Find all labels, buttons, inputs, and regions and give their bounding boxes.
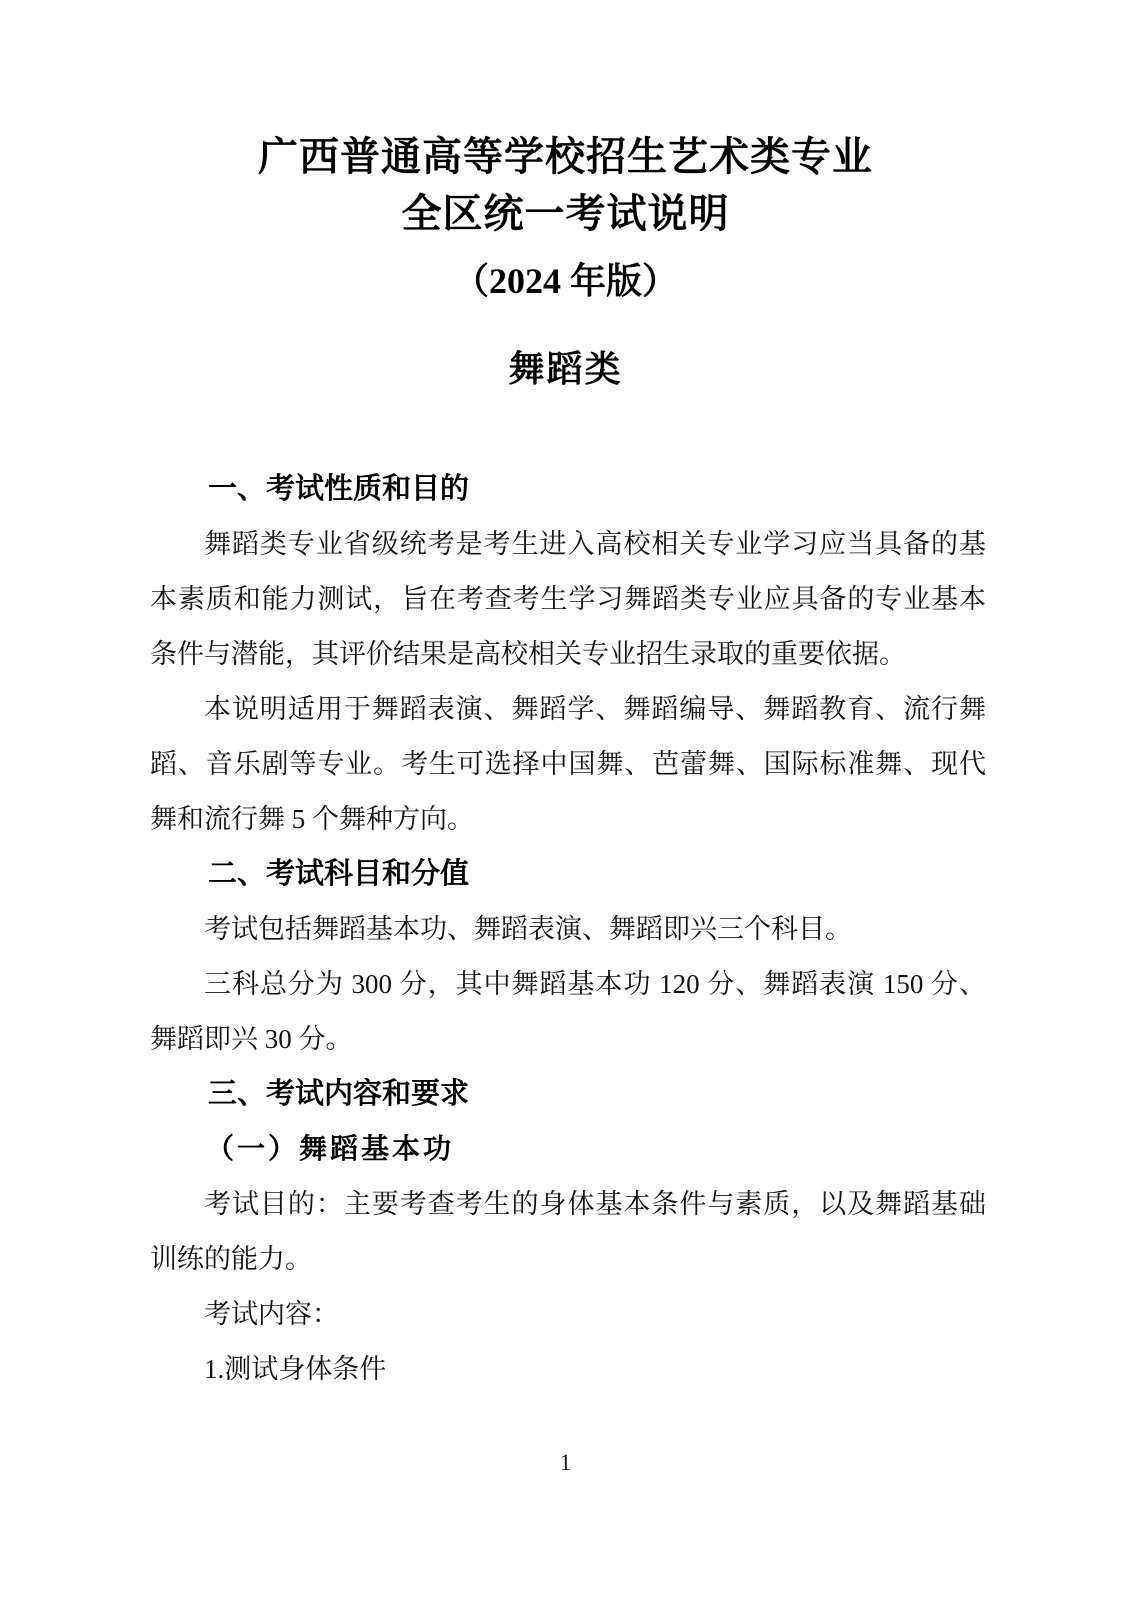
page-number: 1 bbox=[560, 1450, 572, 1475]
document-category: 舞蹈类 bbox=[0, 346, 1131, 392]
paragraph-test-body-condition: 1.测试身体条件 bbox=[150, 1342, 986, 1397]
subsection-heading-dance-basics: （一）舞蹈基本功 bbox=[150, 1122, 986, 1177]
paragraph-exam-nature: 舞蹈类专业省级统考是考生进入高校相关专业学习应当具备的基本素质和能力测试，旨在考… bbox=[150, 517, 986, 682]
document-footer: 1 bbox=[0, 1448, 1131, 1478]
paragraph-exam-content-label: 考试内容： bbox=[150, 1287, 986, 1342]
document-page: 广西普通高等学校招生艺术类专业 全区统一考试说明 （2024 年版） 舞蹈类 一… bbox=[0, 0, 1131, 1600]
paragraph-subjects: 考试包括舞蹈基本功、舞蹈表演、舞蹈即兴三个科目。 bbox=[150, 902, 986, 957]
document-edition: （2024 年版） bbox=[0, 258, 1131, 304]
section-heading-1: 一、考试性质和目的 bbox=[150, 462, 986, 517]
paragraph-exam-purpose: 考试目的：主要考查考生的身体基本条件与素质，以及舞蹈基础训练的能力。 bbox=[150, 1177, 986, 1287]
section-heading-2: 二、考试科目和分值 bbox=[150, 847, 986, 902]
document-title-line-1: 广西普通高等学校招生艺术类专业 bbox=[0, 128, 1131, 185]
document-title-line-2: 全区统一考试说明 bbox=[0, 185, 1131, 242]
section-heading-3: 三、考试内容和要求 bbox=[150, 1067, 986, 1122]
paragraph-scores: 三科总分为 300 分，其中舞蹈基本功 120 分、舞蹈表演 150 分、舞蹈即… bbox=[150, 957, 986, 1067]
document-header: 广西普通高等学校招生艺术类专业 全区统一考试说明 （2024 年版） 舞蹈类 bbox=[0, 128, 1131, 392]
paragraph-applicable-majors: 本说明适用于舞蹈表演、舞蹈学、舞蹈编导、舞蹈教育、流行舞蹈、音乐剧等专业。考生可… bbox=[150, 682, 986, 847]
document-body: 一、考试性质和目的 舞蹈类专业省级统考是考生进入高校相关专业学习应当具备的基本素… bbox=[150, 462, 986, 1397]
